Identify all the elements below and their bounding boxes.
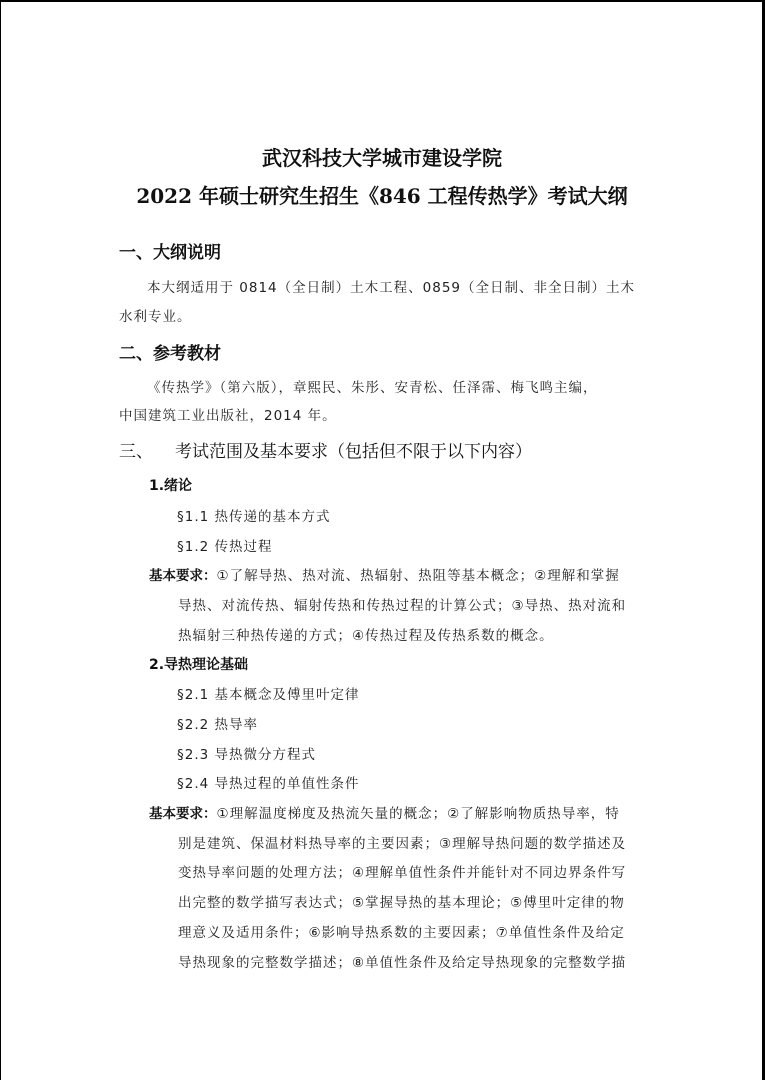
requirements-text: ①理解温度梯度及热流矢量的概念；②了解影响物质热导率，特 [217,806,620,822]
chapter-item: §2.2 热导率 [177,713,258,733]
section-title: 大纲说明 [153,243,221,263]
section-heading-3: 三、考试范围及基本要求（包括但不限于以下内容） [119,437,532,462]
requirements-line: 别是建筑、保温材料热导率的主要因素；③理解导热问题的数学描述及 [178,832,626,852]
requirements-line: 基本要求：①理解温度梯度及热流矢量的概念；②了解影响物质热导率，特 [149,802,620,822]
chapter-title-1: 1.绪论 [149,475,192,495]
section-heading-2: 二、参考教材 [119,339,221,364]
chapter-item: §1.1 热传递的基本方式 [177,505,331,525]
section-title: 参考教材 [153,344,221,364]
section-number: 三、 [119,442,153,462]
document-title-institution: 武汉科技大学城市建设学院 [1,142,763,171]
requirements-line: 变热导率问题的处理方法；④理解单值性条件并能针对不同边界条件写 [178,861,626,881]
section-number: 一、 [119,243,153,263]
document-title-exam: 2022 年硕士研究生招生《846 工程传热学》考试大纲 [1,180,763,209]
chapter-item: §2.3 导热微分方程式 [177,743,316,763]
requirements-label: 基本要求： [149,806,217,822]
chapter-item: §2.4 导热过程的单值性条件 [177,772,360,792]
chapter-title-2: 2.导热理论基础 [149,654,248,674]
section-heading-1: 一、大纲说明 [119,238,221,263]
paragraph-line: 《传热学》（第六版），章熙民、朱彤、安青松、任泽霈、梅飞鸣主编， [147,376,598,396]
requirements-label: 基本要求： [149,568,217,584]
chapter-item: §1.2 传热过程 [177,535,273,555]
document-page: 武汉科技大学城市建设学院 2022 年硕士研究生招生《846 工程传热学》考试大… [0,0,765,1080]
section-number: 二、 [119,344,153,364]
requirements-line: 导热、对流传热、辐射传热和传热过程的计算公式；③导热、热对流和 [178,594,626,614]
chapter-item: §2.1 基本概念及傅里叶定律 [177,683,360,703]
paragraph-line: 中国建筑工业出版社，2014 年。 [119,404,337,424]
requirements-line: 热辐射三种热传递的方式；④传热过程及传热系数的概念。 [178,624,554,644]
requirements-line: 导热现象的完整数学描述；⑧单值性条件及给定导热现象的完整数学描 [178,951,626,971]
requirements-text: ①了解导热、热对流、热辐射、热阻等基本概念；②理解和掌握 [217,568,620,584]
paragraph-line: 水利专业。 [119,305,192,325]
requirements-line: 基本要求：①了解导热、热对流、热辐射、热阻等基本概念；②理解和掌握 [149,564,620,584]
paragraph-line: 本大纲适用于 0814（全日制）土木工程、0859（全日制、非全日制）土木 [147,276,635,296]
requirements-line: 出完整的数学描写表达式；⑤掌握导热的基本理论；⑤傅里叶定律的物 [178,891,625,911]
requirements-line: 理意义及适用条件；⑥影响导热系数的主要因素；⑦单值性条件及给定 [178,921,625,941]
section-title: 考试范围及基本要求（包括但不限于以下内容） [175,442,532,462]
